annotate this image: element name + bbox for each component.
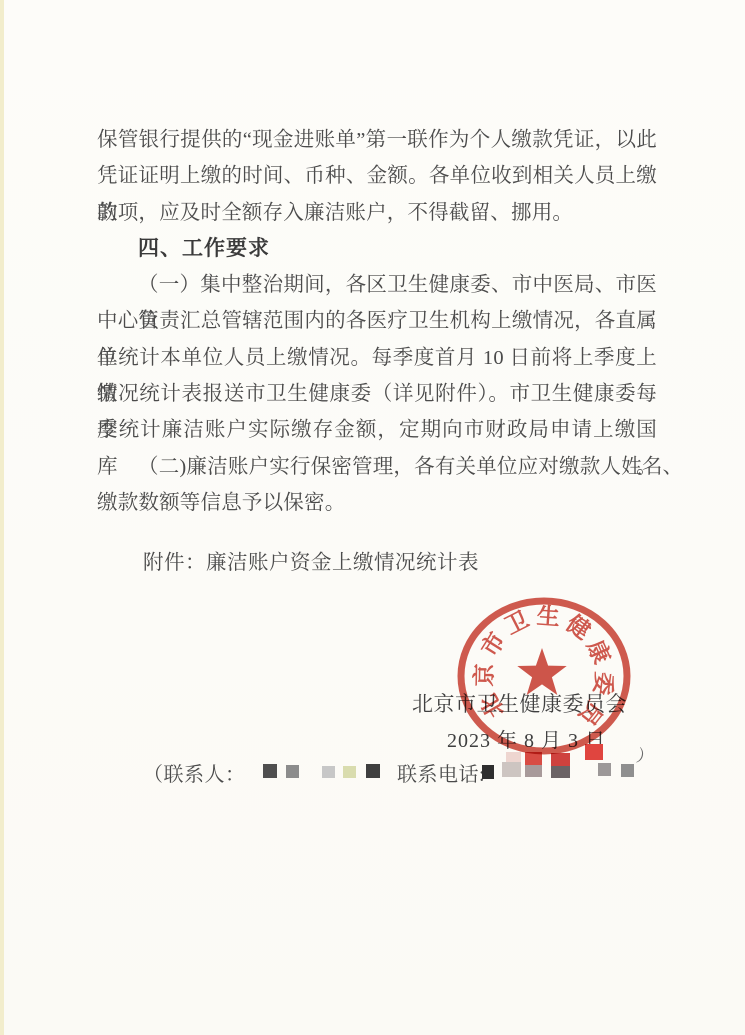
body-line: 位统计本单位人员上缴情况。每季度首月 10 日前将上季度上缴 <box>97 340 657 376</box>
redaction-block <box>482 765 494 779</box>
redaction-block <box>502 762 521 777</box>
body-text-column: 保管银行提供的“现金进账单”第一联作为个人缴款凭证，以此 凭证证明上缴的时间、币… <box>97 122 657 521</box>
official-seal: 北京市卫生健康委员会 <box>454 594 634 764</box>
redaction-block <box>551 766 570 778</box>
body-line: 情况统计表报送市卫生健康委（详见附件）。市卫生健康委每季 <box>97 376 657 412</box>
body-line: （一）集中整治期间，各区卫生健康委、市中医局、市医管 <box>97 267 657 303</box>
redaction-block <box>621 764 634 777</box>
body-line: 保管银行提供的“现金进账单”第一联作为个人缴款凭证，以此 <box>97 122 657 158</box>
closing-paren: ） <box>634 741 657 769</box>
redaction-block <box>322 766 335 778</box>
scan-edge-strip <box>0 0 4 1035</box>
redaction-block <box>598 763 611 776</box>
redaction-block <box>343 766 356 778</box>
body-line: 缴款数额等信息予以保密。 <box>97 485 657 521</box>
section-heading-4: 四、工作要求 <box>97 231 657 267</box>
redaction-block <box>525 765 542 777</box>
redaction-block <box>366 764 380 778</box>
scanned-document-page: 保管银行提供的“现金进账单”第一联作为个人缴款凭证，以此 凭证证明上缴的时间、币… <box>0 0 745 1035</box>
body-line: 凭证证明上缴的时间、币种、金额。各单位收到相关人员上缴的 <box>97 158 657 194</box>
contact-person-label: （联系人： <box>143 758 246 787</box>
body-line: 中心负责汇总管辖范围内的各医疗卫生机构上缴情况，各直属单 <box>97 303 657 339</box>
body-line: （二)廉洁账户实行保密管理，各有关单位应对缴款人姓名、 <box>97 449 657 485</box>
body-line: 款项，应及时全额存入廉洁账户，不得截留、挪用。 <box>97 195 657 231</box>
attachment-line: 附件：廉洁账户资金上缴情况统计表 <box>143 545 479 575</box>
redaction-block <box>263 764 277 778</box>
redaction-block <box>286 765 299 778</box>
body-line: 度统计廉洁账户实际缴存金额，定期向市财政局申请上缴国库。 <box>97 412 657 448</box>
seal-star-icon <box>517 648 566 695</box>
